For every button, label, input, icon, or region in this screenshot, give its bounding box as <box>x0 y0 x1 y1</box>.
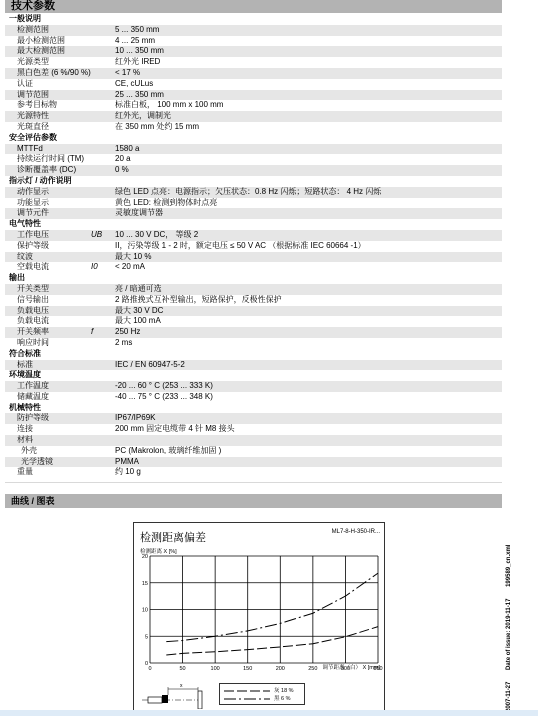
spec-label: 储藏温度 <box>17 392 49 403</box>
spec-row: 标准IEC / EN 60947-5-2 <box>5 360 502 371</box>
svg-text:x: x <box>180 683 183 689</box>
section-header: 指示灯 / 动作说明 <box>5 176 502 187</box>
spec-value: 最大 30 V DC <box>115 306 163 317</box>
spec-label: 信号输出 <box>17 295 49 306</box>
chart-y-axis-label: 检测距离 X [%] <box>140 547 177 555</box>
section-header: 电气特性 <box>5 219 502 230</box>
spec-row: 连接200 mm 固定电缆带 4 针 M8 接头 <box>5 424 502 435</box>
section-header: 符合标准 <box>5 349 502 360</box>
spec-value: 亮 / 暗通可选 <box>115 284 162 295</box>
spec-label: 诊断覆盖率 (DC) <box>17 165 76 176</box>
spec-value: 5 ... 350 mm <box>115 25 159 36</box>
svg-text:10: 10 <box>142 608 148 614</box>
spec-value: 4 ... 25 mm <box>115 36 155 47</box>
spec-label: MTTFd <box>17 144 43 155</box>
svg-text:0: 0 <box>145 661 148 667</box>
spec-value: 10 ... 350 mm <box>115 46 164 57</box>
sensor-diagram-icon: x <box>142 683 214 709</box>
spec-value: IP67/IP69K <box>115 413 155 424</box>
spec-value: 25 ... 350 mm <box>115 90 164 101</box>
spec-label: 功能显示 <box>17 198 49 209</box>
spec-label: 连接 <box>17 424 33 435</box>
spec-value: -20 ... 60 ° C (253 ... 333 K) <box>115 381 213 392</box>
spec-label: 动作显示 <box>17 187 49 198</box>
spec-row: 黑白色差 (6 %/90 %)< 17 % <box>5 68 502 79</box>
spec-row: 开关类型亮 / 暗通可选 <box>5 284 502 295</box>
spec-label: 响应时间 <box>17 338 49 349</box>
spec-label: 标准 <box>17 360 33 371</box>
spec-row: 光源特性红外光，调制光 <box>5 111 502 122</box>
spec-value: II，污染等级 1 - 2 时，额定电压 ≤ 50 V AC （根据标准 IEC… <box>115 241 366 252</box>
spec-row: 参考目标物标准白板， 100 mm x 100 mm <box>5 100 502 111</box>
spec-row: 储藏温度-40 ... 75 ° C (233 ... 348 K) <box>5 392 502 403</box>
spec-value: 最大 10 % <box>115 252 151 263</box>
spec-value: 200 mm 固定电缆带 4 针 M8 接头 <box>115 424 235 435</box>
spec-label: 最大检测范围 <box>17 46 65 57</box>
spec-label: 负载电压 <box>17 306 49 317</box>
spec-value: 0 % <box>115 165 129 176</box>
spec-value: IEC / EN 60947-5-2 <box>115 360 185 371</box>
spec-symbol: UB <box>91 230 102 241</box>
spec-row: 诊断覆盖率 (DC)0 % <box>5 165 502 176</box>
spec-label: 纹波 <box>17 252 33 263</box>
svg-text:5: 5 <box>145 634 148 640</box>
svg-text:0: 0 <box>148 666 151 672</box>
spec-symbol: I0 <box>91 262 98 273</box>
chart-legend: 灰 18 % 黑 6 % <box>219 683 305 705</box>
spec-label: 负载电流 <box>17 316 49 327</box>
chart-model: ML7-8-H-350-IR... <box>332 529 380 535</box>
spec-row: 最大检测范围10 ... 350 mm <box>5 46 502 57</box>
spec-label: 空载电流 <box>17 262 49 273</box>
spec-label: 参考目标物 <box>17 100 57 111</box>
spec-value: 灵敏度调节器 <box>115 208 163 219</box>
spec-value: 在 350 mm 处约 15 mm <box>115 122 199 133</box>
svg-text:50: 50 <box>180 666 186 672</box>
spec-value: < 17 % <box>115 68 140 79</box>
spec-label: 调节范围 <box>17 90 49 101</box>
spec-value: PMMA <box>115 457 139 468</box>
spec-value: 1580 a <box>115 144 139 155</box>
spec-row: 负载电压最大 30 V DC <box>5 306 502 317</box>
spec-row: 功能显示黄色 LED: 检测到物体时点亮 <box>5 198 502 209</box>
chart-x-axis-label: 调节距离（白） X [mm] <box>323 663 380 671</box>
spec-row: 负载电流最大 100 mA <box>5 316 502 327</box>
spec-value: 最大 100 mA <box>115 316 161 327</box>
spec-label: 工作温度 <box>17 381 49 392</box>
legend-item-black: 黑 6 % <box>224 695 270 703</box>
spec-row: 检测范围5 ... 350 mm <box>5 25 502 36</box>
spec-value: 标准白板， 100 mm x 100 mm <box>115 100 223 111</box>
svg-text:100: 100 <box>211 666 220 672</box>
spec-row: 纹波最大 10 % <box>5 252 502 263</box>
spec-label: 最小检测范围 <box>17 36 65 47</box>
chart: 05010015020025030035005101520 检测距离偏差 ML7… <box>133 522 385 711</box>
spec-row: 外壳PC (Makrolon, 玻璃纤维加固 ) <box>5 446 502 457</box>
spec-row: 调节元件灵敏度调节器 <box>5 208 502 219</box>
divider <box>5 482 502 483</box>
svg-text:150: 150 <box>243 666 252 672</box>
dash-dot-line-icon <box>224 695 270 703</box>
spec-label: 工作电压 <box>17 230 49 241</box>
curves-header: 曲线 / 图表 <box>5 494 502 508</box>
section-header: 输出 <box>5 273 502 284</box>
section-header: 环境温度 <box>5 370 502 381</box>
spec-label: 防护等级 <box>17 413 49 424</box>
spec-value: 2 ms <box>115 338 132 349</box>
spec-value: 20 a <box>115 154 131 165</box>
spec-table: 一般说明检测范围5 ... 350 mm最小检测范围4 ... 25 mm最大检… <box>5 14 502 478</box>
section-header: 机械特性 <box>5 403 502 414</box>
spec-value: 绿色 LED 点亮：电源指示；欠压状态：0.8 Hz 闪烁；短路状态： 4 Hz… <box>115 187 381 198</box>
spec-label: 光源类型 <box>17 57 49 68</box>
page-header: 技术参数 <box>5 0 502 13</box>
spec-value: 约 10 g <box>115 467 141 478</box>
spec-value: < 20 mA <box>115 262 145 273</box>
spec-label: 光学透镜 <box>21 457 53 468</box>
spec-label: 检测范围 <box>17 25 49 36</box>
spec-row: 工作温度-20 ... 60 ° C (253 ... 333 K) <box>5 381 502 392</box>
spec-row: MTTFd1580 a <box>5 144 502 155</box>
spec-row: 保护等级II，污染等级 1 - 2 时，额定电压 ≤ 50 V AC （根据标准… <box>5 241 502 252</box>
spec-row: 光斑直径在 350 mm 处约 15 mm <box>5 122 502 133</box>
spec-label: 认证 <box>17 79 33 90</box>
spec-row: 空载电流I0< 20 mA <box>5 262 502 273</box>
spec-value: 10 ... 30 V DC， 等级 2 <box>115 230 198 241</box>
spec-value: PC (Makrolon, 玻璃纤维加固 ) <box>115 446 221 457</box>
section-header: 一般说明 <box>5 14 502 25</box>
spec-label: 调节元件 <box>17 208 49 219</box>
spec-value: 黄色 LED: 检测到物体时点亮 <box>115 198 217 209</box>
spec-label: 材料 <box>17 435 33 446</box>
spec-row: 最小检测范围4 ... 25 mm <box>5 36 502 47</box>
spec-row: 调节范围25 ... 350 mm <box>5 90 502 101</box>
spec-label: 黑白色差 (6 %/90 %) <box>17 68 91 79</box>
legend-item-grey: 灰 18 % <box>224 687 270 695</box>
section-header: 安全评估参数 <box>5 133 502 144</box>
spec-row: 响应时间2 ms <box>5 338 502 349</box>
spec-label: 重量 <box>17 467 33 478</box>
spec-value: -40 ... 75 ° C (233 ... 348 K) <box>115 392 213 403</box>
spec-row: 认证CE, cULus <box>5 79 502 90</box>
spec-row: 工作电压UB10 ... 30 V DC， 等级 2 <box>5 230 502 241</box>
document-footer-info: 2007-11-27 Date of issue: 2019-11-17 199… <box>506 535 512 712</box>
chart-title: 检测距离偏差 <box>140 529 206 545</box>
spec-value: 2 路推挽式互补型输出，短路保护，反极性保护 <box>115 295 282 306</box>
spec-row: 材料 <box>5 435 502 446</box>
spec-row: 重量约 10 g <box>5 467 502 478</box>
spec-label: 持续运行时间 (TM) <box>17 154 84 165</box>
spec-label: 光斑直径 <box>17 122 49 133</box>
spec-value: 红外光，调制光 <box>115 111 171 122</box>
spec-row: 光源类型红外光 IRED <box>5 57 502 68</box>
spec-row: 持续运行时间 (TM)20 a <box>5 154 502 165</box>
spec-label: 外壳 <box>21 446 37 457</box>
footer-bar <box>0 710 538 716</box>
svg-text:15: 15 <box>142 581 148 587</box>
spec-row: 光学透镜PMMA <box>5 457 502 468</box>
spec-row: 开关频率f250 Hz <box>5 327 502 338</box>
svg-text:250: 250 <box>308 666 317 672</box>
dashed-line-icon <box>224 687 270 695</box>
spec-value: 250 Hz <box>115 327 140 338</box>
spec-label: 保护等级 <box>17 241 49 252</box>
spec-row: 防护等级IP67/IP69K <box>5 413 502 424</box>
spec-value: CE, cULus <box>115 79 153 90</box>
spec-label: 光源特性 <box>17 111 49 122</box>
spec-label: 开关频率 <box>17 327 49 338</box>
spec-value: 红外光 IRED <box>115 57 160 68</box>
spec-symbol: f <box>91 327 93 338</box>
spec-label: 开关类型 <box>17 284 49 295</box>
spec-row: 动作显示绿色 LED 点亮：电源指示；欠压状态：0.8 Hz 闪烁；短路状态： … <box>5 187 502 198</box>
svg-text:200: 200 <box>276 666 285 672</box>
spec-row: 信号输出2 路推挽式互补型输出，短路保护，反极性保护 <box>5 295 502 306</box>
